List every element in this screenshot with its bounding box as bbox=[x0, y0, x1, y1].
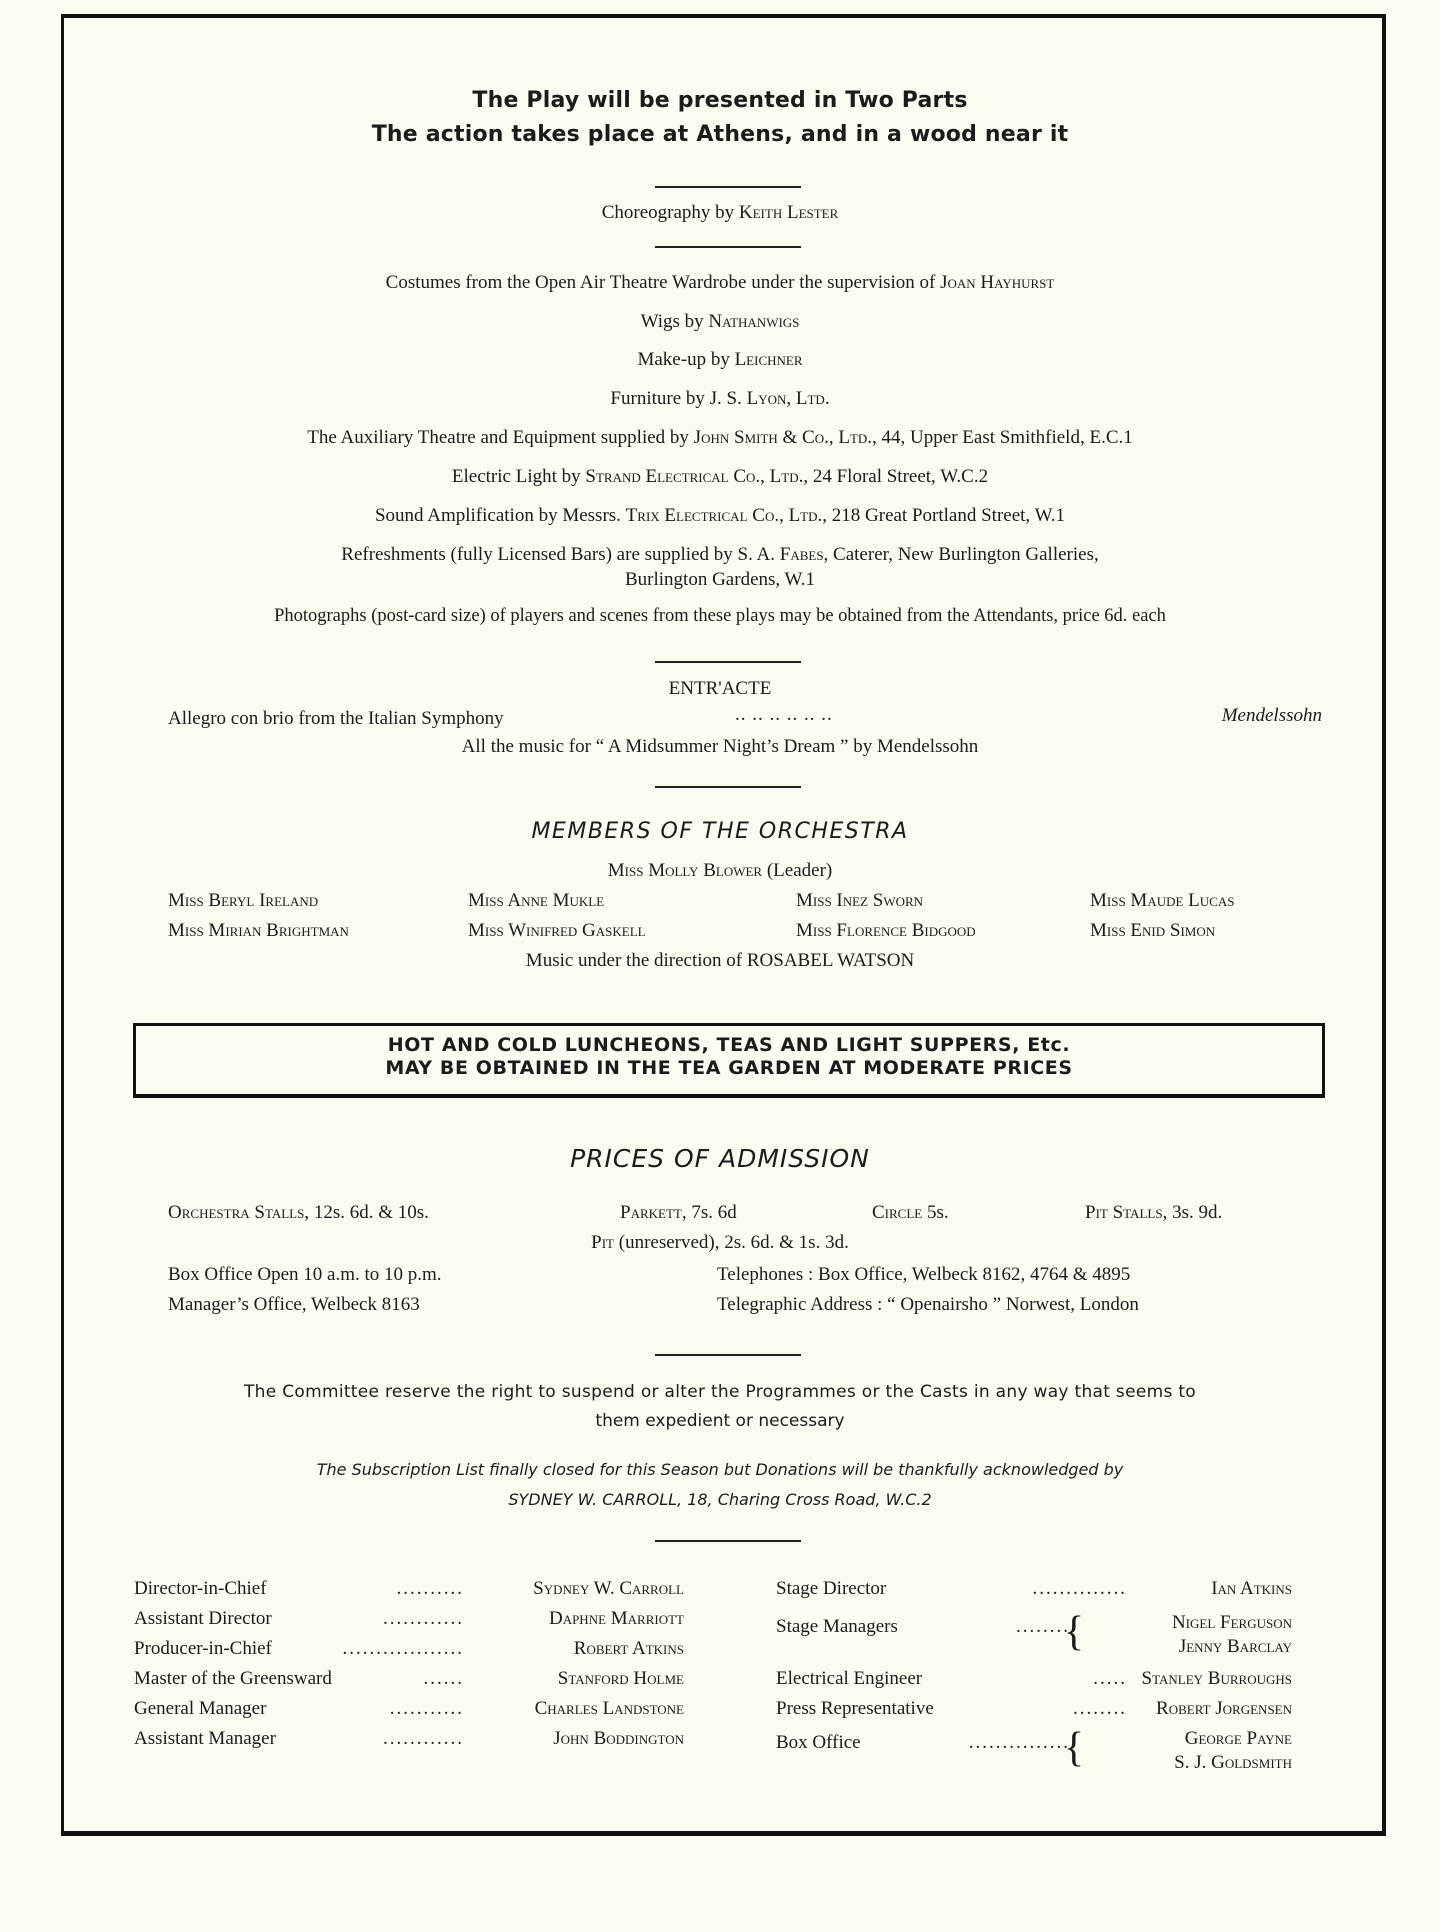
play-setting-heading: The action takes place at Athens, and in… bbox=[0, 122, 1440, 147]
staff-row: Box Office...............{George PayneS.… bbox=[776, 1728, 1292, 1778]
tea-garden-line-2: MAY BE OBTAINED IN THE TEA GARDEN AT MOD… bbox=[136, 1057, 1322, 1079]
credit-text: Wigs by bbox=[641, 311, 709, 332]
prices-title: PRICES OF ADMISSION bbox=[0, 1144, 1440, 1173]
staff-role: General Manager bbox=[134, 1698, 266, 1720]
staff-row: General Manager...........Charles Landst… bbox=[134, 1698, 684, 1724]
price-item: Orchestra Stalls, 12s. 6d. & 10s. bbox=[168, 1202, 429, 1224]
credit-line: Furniture by J. S. Lyon, Ltd. bbox=[0, 388, 1440, 410]
staff-name: Ian Atkins bbox=[1211, 1578, 1292, 1600]
credit-name: Leichner bbox=[735, 349, 803, 370]
pit-price: Pit (unreserved), 2s. 6d. & 1s. 3d. bbox=[0, 1232, 1440, 1254]
staff-name: S. J. Goldsmith bbox=[1174, 1752, 1292, 1774]
staff-row: Stage Director..............Ian Atkins bbox=[776, 1578, 1292, 1604]
staff-name: John Boddington bbox=[553, 1728, 684, 1750]
credit-text: Sound Amplification by Messrs. bbox=[375, 505, 626, 526]
entracte-composer: Mendelssohn bbox=[1222, 705, 1322, 727]
staff-role: Master of the Greensward bbox=[134, 1668, 332, 1690]
photographs-notice: Photographs (post-card size) of players … bbox=[0, 606, 1440, 627]
choreography-credit: Choreography by Keith Lester bbox=[0, 202, 1440, 224]
staff-name: Sydney W. Carroll bbox=[533, 1578, 684, 1600]
committee-notice-line-1: The Committee reserve the right to suspe… bbox=[0, 1382, 1440, 1402]
credit-line: Refreshments (fully Licensed Bars) are s… bbox=[0, 544, 1440, 566]
orchestra-member: Miss Inez Sworn bbox=[796, 890, 923, 912]
section-divider bbox=[655, 786, 801, 788]
staff-name: Nigel Ferguson bbox=[1172, 1612, 1292, 1634]
credit-name: Strand Electrical Co., Ltd. bbox=[585, 466, 803, 487]
credit-address: , 218 Great Portland Street, W.1 bbox=[822, 505, 1065, 526]
tea-garden-notice-box: HOT AND COLD LUNCHEONS, TEAS AND LIGHT S… bbox=[133, 1023, 1325, 1098]
credit-line: Sound Amplification by Messrs. Trix Elec… bbox=[0, 505, 1440, 527]
choreographer-name: Keith Lester bbox=[739, 202, 838, 223]
staff-row: Master of the Greensward......Stanford H… bbox=[134, 1668, 684, 1694]
orchestra-member: Miss Mirian Brightman bbox=[168, 920, 349, 942]
entracte-leader-dots: .. .. .. .. .. .. bbox=[735, 704, 833, 726]
staff-name: George Payne bbox=[1185, 1728, 1292, 1750]
credit-name: Trix Electrical Co., Ltd. bbox=[626, 505, 823, 526]
credit-text: Electric Light by bbox=[452, 466, 585, 487]
staff-row: Assistant Manager............John Boddin… bbox=[134, 1728, 684, 1754]
managers-office: Manager’s Office, Welbeck 8163 bbox=[168, 1294, 420, 1316]
brace-icon: { bbox=[1064, 1728, 1084, 1768]
seat-price: , 7s. 6d bbox=[682, 1202, 737, 1223]
credit-text: Make-up by bbox=[637, 349, 734, 370]
credit-address: , 44, Upper East Smithfield, E.C.1 bbox=[872, 427, 1133, 448]
orchestra-member: Miss Winifred Gaskell bbox=[468, 920, 646, 942]
play-parts-heading: The Play will be presented in Two Parts bbox=[0, 88, 1440, 113]
tea-garden-line-1: HOT AND COLD LUNCHEONS, TEAS AND LIGHT S… bbox=[136, 1034, 1322, 1056]
staff-leader-dots: .............. bbox=[1033, 1578, 1128, 1600]
staff-leader-dots: .................. bbox=[343, 1638, 465, 1660]
credit-text: Refreshments (fully Licensed Bars) are s… bbox=[341, 544, 779, 565]
staff-row: Producer-in-Chief..................Rober… bbox=[134, 1638, 684, 1664]
credit-text: Furniture by J. S. bbox=[610, 388, 746, 409]
entracte-music-note: All the music for “ A Midsummer Night’s … bbox=[0, 736, 1440, 758]
section-divider bbox=[655, 1540, 801, 1542]
leader-name: Miss Molly Blower bbox=[608, 860, 762, 881]
staff-leader-dots: ...... bbox=[424, 1668, 465, 1690]
staff-name: Charles Landstone bbox=[535, 1698, 684, 1720]
staff-row: Electrical Engineer.....Stanley Burrough… bbox=[776, 1668, 1292, 1694]
staff-name: Robert Atkins bbox=[574, 1638, 684, 1660]
seat-name: Orchestra Stalls bbox=[168, 1202, 304, 1223]
price-item: Circle 5s. bbox=[872, 1202, 949, 1224]
credit-line: The Auxiliary Theatre and Equipment supp… bbox=[0, 427, 1440, 449]
section-divider bbox=[655, 1354, 801, 1356]
telephones: Telephones : Box Office, Welbeck 8162, 4… bbox=[717, 1264, 1130, 1286]
telegraphic-address: Telegraphic Address : “ Openairsho ” Nor… bbox=[717, 1294, 1139, 1316]
credit-name: Fabes bbox=[780, 544, 824, 565]
staff-leader-dots: ........... bbox=[390, 1698, 464, 1720]
seat-price: , 12s. 6d. & 10s. bbox=[304, 1202, 429, 1223]
entracte-piece: Allegro con brio from the Italian Sympho… bbox=[168, 708, 504, 730]
committee-notice-line-2: them expedient or necessary bbox=[0, 1411, 1440, 1431]
box-office-hours: Box Office Open 10 a.m. to 10 p.m. bbox=[168, 1264, 442, 1286]
music-direction: Music under the direction of ROSABEL WAT… bbox=[0, 950, 1440, 972]
credit-address: , Caterer, New Burlington Galleries, bbox=[824, 544, 1099, 565]
seat-price: 5s. bbox=[922, 1202, 948, 1223]
choreography-label: Choreography by bbox=[602, 202, 739, 223]
staff-name: Robert Jorgensen bbox=[1156, 1698, 1292, 1720]
price-item: Pit Stalls, 3s. 9d. bbox=[1085, 1202, 1222, 1224]
staff-leader-dots: ........ bbox=[1016, 1616, 1070, 1638]
staff-name: Daphne Marriott bbox=[549, 1608, 684, 1630]
subscription-line-2: SYDNEY W. CARROLL, 18, Charing Cross Roa… bbox=[0, 1490, 1440, 1509]
credit-line: Wigs by Nathanwigs bbox=[0, 311, 1440, 333]
staff-role: Director-in-Chief bbox=[134, 1578, 267, 1600]
credit-text: The Auxiliary Theatre and Equipment supp… bbox=[307, 427, 693, 448]
orchestra-title: MEMBERS OF THE ORCHESTRA bbox=[0, 819, 1440, 844]
staff-row: Assistant Director............Daphne Mar… bbox=[134, 1608, 684, 1634]
seat-price: , 3s. 9d. bbox=[1163, 1202, 1223, 1223]
credit-name: Lyon, Ltd. bbox=[747, 388, 830, 409]
entracte-title: ENTR'ACTE bbox=[0, 678, 1440, 700]
price-item: Parkett, 7s. 6d bbox=[620, 1202, 737, 1224]
staff-role: Assistant Director bbox=[134, 1608, 272, 1630]
staff-row: Director-in-Chief..........Sydney W. Car… bbox=[134, 1578, 684, 1604]
staff-leader-dots: ............... bbox=[969, 1732, 1070, 1754]
credit-line: Costumes from the Open Air Theatre Wardr… bbox=[0, 272, 1440, 294]
seat-name: Parkett bbox=[620, 1202, 682, 1223]
staff-role: Stage Director bbox=[776, 1578, 886, 1600]
orchestra-member: Miss Florence Bidgood bbox=[796, 920, 976, 942]
orchestra-leader: Miss Molly Blower (Leader) bbox=[0, 860, 1440, 882]
section-divider bbox=[655, 186, 801, 188]
staff-role: Stage Managers bbox=[776, 1616, 898, 1638]
subscription-line-1: The Subscription List finally closed for… bbox=[0, 1460, 1440, 1479]
credit-line: Electric Light by Strand Electrical Co.,… bbox=[0, 466, 1440, 488]
credit-name: Joan Hayhurst bbox=[940, 272, 1054, 293]
refreshments-address-line: Burlington Gardens, W.1 bbox=[0, 569, 1440, 591]
leader-suffix: (Leader) bbox=[762, 860, 832, 881]
orchestra-member: Miss Anne Mukle bbox=[468, 890, 604, 912]
orchestra-member: Miss Maude Lucas bbox=[1090, 890, 1234, 912]
staff-role: Box Office bbox=[776, 1732, 861, 1754]
staff-row: Stage Managers........{Nigel FergusonJen… bbox=[776, 1612, 1292, 1662]
credit-line: Make-up by Leichner bbox=[0, 349, 1440, 371]
credit-name: John Smith & Co., Ltd. bbox=[694, 427, 872, 448]
pit-seat-name: Pit bbox=[591, 1232, 614, 1253]
staff-leader-dots: ............ bbox=[383, 1728, 464, 1750]
staff-role: Press Representative bbox=[776, 1698, 934, 1720]
brace-icon: { bbox=[1064, 1612, 1084, 1652]
staff-leader-dots: ............ bbox=[383, 1608, 464, 1630]
pit-seat-price: (unreserved), 2s. 6d. & 1s. 3d. bbox=[614, 1232, 849, 1253]
staff-name: Stanford Holme bbox=[558, 1668, 684, 1690]
orchestra-member: Miss Enid Simon bbox=[1090, 920, 1215, 942]
staff-name: Stanley Burroughs bbox=[1142, 1668, 1292, 1690]
orchestra-member: Miss Beryl Ireland bbox=[168, 890, 318, 912]
staff-role: Producer-in-Chief bbox=[134, 1638, 272, 1660]
staff-name: Jenny Barclay bbox=[1179, 1636, 1292, 1658]
staff-row: Press Representative........Robert Jorge… bbox=[776, 1698, 1292, 1724]
seat-name: Pit Stalls bbox=[1085, 1202, 1163, 1223]
credit-address: , 24 Floral Street, W.C.2 bbox=[803, 466, 988, 487]
credit-name: Nathanwigs bbox=[708, 311, 799, 332]
section-divider bbox=[655, 661, 801, 663]
staff-leader-dots: ........ bbox=[1073, 1698, 1127, 1720]
staff-leader-dots: ..... bbox=[1093, 1668, 1127, 1690]
section-divider bbox=[655, 246, 801, 248]
seat-name: Circle bbox=[872, 1202, 922, 1223]
staff-role: Assistant Manager bbox=[134, 1728, 276, 1750]
staff-leader-dots: .......... bbox=[397, 1578, 465, 1600]
staff-role: Electrical Engineer bbox=[776, 1668, 922, 1690]
credit-text: Costumes from the Open Air Theatre Wardr… bbox=[386, 272, 940, 293]
